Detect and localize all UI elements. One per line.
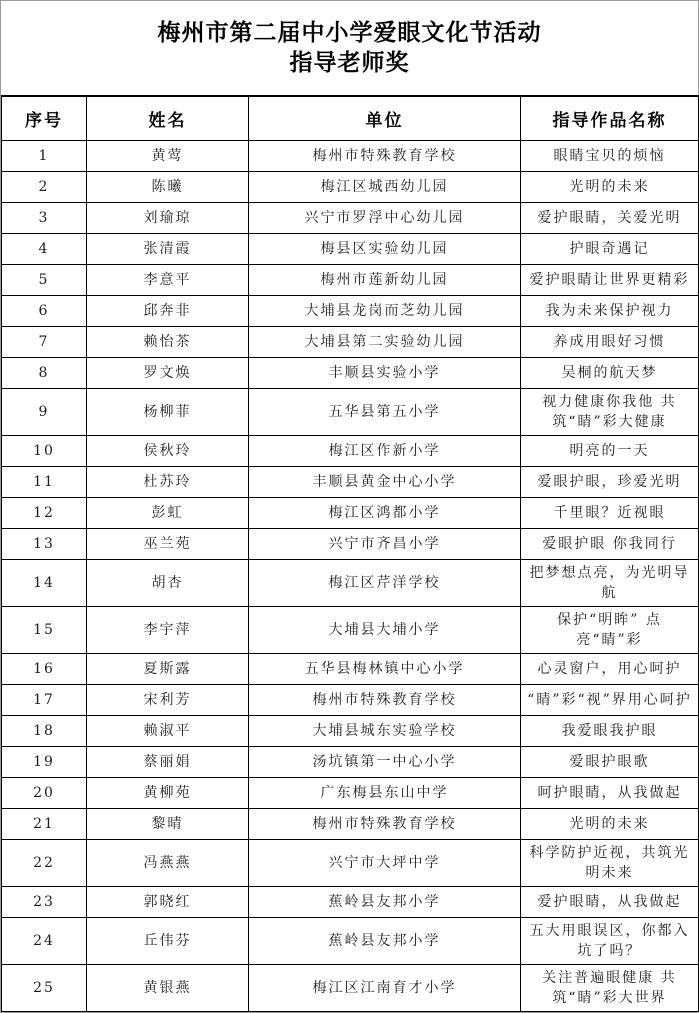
row-teacher-name: 胡杏 <box>87 559 249 606</box>
row-unit: 梅州市特殊教育学校 <box>249 684 521 715</box>
header-name: 姓名 <box>87 96 249 140</box>
row-serial-number: 18 <box>2 715 87 746</box>
row-work-title: 视力健康你我他 共筑“睛”彩大健康 <box>521 388 699 435</box>
table-row: 11 杜苏玲 丰顺县黄金中心小学 爱眼护眼，珍爱光明 <box>2 466 699 497</box>
row-unit: 广东梅县东山中学 <box>249 777 521 808</box>
table-row: 5 李意平 梅州市莲新幼儿园 爱护眼睛让世界更精彩 <box>2 264 699 295</box>
table-header-row: 序号 姓名 单位 指导作品名称 <box>2 96 699 140</box>
row-teacher-name: 邱奔非 <box>87 295 249 326</box>
row-work-title: “睛”彩“视”界用心呵护 <box>521 684 699 715</box>
title-line-1: 梅州市第二届中小学爱眼文化节活动 <box>1 17 698 47</box>
row-work-title: 护眼奇遇记 <box>521 233 699 264</box>
row-serial-number: 20 <box>2 777 87 808</box>
award-table: 序号 姓名 单位 指导作品名称 1 黄莺 梅州市特殊教育学校 眼睛宝贝的烦恼 2… <box>1 95 699 1012</box>
row-serial-number: 14 <box>2 559 87 606</box>
table-row: 10 侯秋玲 梅江区作新小学 明亮的一天 <box>2 435 699 466</box>
row-work-title: 眼睛宝贝的烦恼 <box>521 140 699 171</box>
row-unit: 汤坑镇第一中心小学 <box>249 746 521 777</box>
row-work-title: 科学防护近视，共筑光明未来 <box>521 839 699 886</box>
row-serial-number: 11 <box>2 466 87 497</box>
row-teacher-name: 张清霞 <box>87 233 249 264</box>
row-serial-number: 15 <box>2 606 87 653</box>
row-unit: 梅江区城西幼儿园 <box>249 171 521 202</box>
row-teacher-name: 李宇萍 <box>87 606 249 653</box>
row-teacher-name: 赖淑平 <box>87 715 249 746</box>
title-line-2: 指导老师奖 <box>1 47 698 77</box>
row-serial-number: 23 <box>2 886 87 917</box>
row-serial-number: 8 <box>2 357 87 388</box>
row-serial-number: 5 <box>2 264 87 295</box>
row-serial-number: 22 <box>2 839 87 886</box>
row-unit: 五华县第五小学 <box>249 388 521 435</box>
header-unit: 单位 <box>249 96 521 140</box>
row-work-title: 光明的未来 <box>521 171 699 202</box>
table-row: 12 彭虹 梅江区鸿都小学 千里眼？近视眼 <box>2 497 699 528</box>
table-row: 20 黄柳苑 广东梅县东山中学 呵护眼睛，从我做起 <box>2 777 699 808</box>
row-teacher-name: 杨柳菲 <box>87 388 249 435</box>
row-teacher-name: 郭晓红 <box>87 886 249 917</box>
row-teacher-name: 夏斯露 <box>87 653 249 684</box>
row-work-title: 爱眼护眼 你我同行 <box>521 528 699 559</box>
row-teacher-name: 赖怡茶 <box>87 326 249 357</box>
table-row: 22 冯燕燕 兴宁市大坪中学 科学防护近视，共筑光明未来 <box>2 839 699 886</box>
table-row: 23 郭晓红 蕉岭县友邦小学 爱护眼睛，从我做起 <box>2 886 699 917</box>
row-work-title: 爱护眼睛，关爱光明 <box>521 202 699 233</box>
row-teacher-name: 罗文焕 <box>87 357 249 388</box>
row-serial-number: 17 <box>2 684 87 715</box>
row-teacher-name: 黄莺 <box>87 140 249 171</box>
row-serial-number: 16 <box>2 653 87 684</box>
table-row: 17 宋利芳 梅州市特殊教育学校 “睛”彩“视”界用心呵护 <box>2 684 699 715</box>
row-serial-number: 21 <box>2 808 87 839</box>
row-work-title: 千里眼？近视眼 <box>521 497 699 528</box>
row-teacher-name: 杜苏玲 <box>87 466 249 497</box>
row-unit: 兴宁市罗浮中心幼儿园 <box>249 202 521 233</box>
row-unit: 兴宁市齐昌小学 <box>249 528 521 559</box>
row-serial-number: 1 <box>2 140 87 171</box>
row-work-title: 心灵窗户，用心呵护 <box>521 653 699 684</box>
row-teacher-name: 陈曦 <box>87 171 249 202</box>
table-row: 13 巫兰苑 兴宁市齐昌小学 爱眼护眼 你我同行 <box>2 528 699 559</box>
row-work-title: 我为未来保护视力 <box>521 295 699 326</box>
row-unit: 梅江区芹洋学校 <box>249 559 521 606</box>
header-serial-number: 序号 <box>2 96 87 140</box>
row-teacher-name: 彭虹 <box>87 497 249 528</box>
row-work-title: 吴桐的航天梦 <box>521 357 699 388</box>
row-work-title: 爱护眼睛让世界更精彩 <box>521 264 699 295</box>
row-serial-number: 12 <box>2 497 87 528</box>
table-row: 19 蔡丽娟 汤坑镇第一中心小学 爱眼护眼歌 <box>2 746 699 777</box>
row-unit: 梅县区实验幼儿园 <box>249 233 521 264</box>
table-row: 1 黄莺 梅州市特殊教育学校 眼睛宝贝的烦恼 <box>2 140 699 171</box>
row-serial-number: 9 <box>2 388 87 435</box>
row-serial-number: 3 <box>2 202 87 233</box>
row-work-title: 养成用眼好习惯 <box>521 326 699 357</box>
row-unit: 梅江区江南育才小学 <box>249 964 521 1011</box>
row-work-title: 五大用眼误区，你都入坑了吗？ <box>521 917 699 964</box>
table-row: 16 夏斯露 五华县梅林镇中心小学 心灵窗户，用心呵护 <box>2 653 699 684</box>
row-unit: 丰顺县黄金中心小学 <box>249 466 521 497</box>
row-teacher-name: 黎晴 <box>87 808 249 839</box>
row-serial-number: 2 <box>2 171 87 202</box>
row-teacher-name: 宋利芳 <box>87 684 249 715</box>
document-title: 梅州市第二届中小学爱眼文化节活动 指导老师奖 <box>1 1 698 95</box>
row-serial-number: 10 <box>2 435 87 466</box>
row-unit: 梅江区鸿都小学 <box>249 497 521 528</box>
row-teacher-name: 李意平 <box>87 264 249 295</box>
row-unit: 大埔县第二实验幼儿园 <box>249 326 521 357</box>
document-sheet: 梅州市第二届中小学爱眼文化节活动 指导老师奖 序号 姓名 单位 指导作品名称 1… <box>0 0 699 1013</box>
row-teacher-name: 黄柳苑 <box>87 777 249 808</box>
row-unit: 大埔县大埔小学 <box>249 606 521 653</box>
row-serial-number: 6 <box>2 295 87 326</box>
row-unit: 五华县梅林镇中心小学 <box>249 653 521 684</box>
row-teacher-name: 黄银燕 <box>87 964 249 1011</box>
row-unit: 丰顺县实验小学 <box>249 357 521 388</box>
row-work-title: 爱眼护眼，珍爱光明 <box>521 466 699 497</box>
row-work-title: 明亮的一天 <box>521 435 699 466</box>
row-unit: 大埔县城东实验学校 <box>249 715 521 746</box>
table-row: 3 刘瑜琼 兴宁市罗浮中心幼儿园 爱护眼睛，关爱光明 <box>2 202 699 233</box>
table-row: 8 罗文焕 丰顺县实验小学 吴桐的航天梦 <box>2 357 699 388</box>
table-row: 21 黎晴 梅州市特殊教育学校 光明的未来 <box>2 808 699 839</box>
row-serial-number: 19 <box>2 746 87 777</box>
row-work-title: 爱眼护眼歌 <box>521 746 699 777</box>
table-row: 18 赖淑平 大埔县城东实验学校 我爱眼我护眼 <box>2 715 699 746</box>
row-serial-number: 25 <box>2 964 87 1011</box>
row-serial-number: 4 <box>2 233 87 264</box>
row-serial-number: 13 <box>2 528 87 559</box>
row-unit: 蕉岭县友邦小学 <box>249 917 521 964</box>
table-row: 7 赖怡茶 大埔县第二实验幼儿园 养成用眼好习惯 <box>2 326 699 357</box>
row-unit: 梅州市特殊教育学校 <box>249 140 521 171</box>
row-teacher-name: 丘伟芬 <box>87 917 249 964</box>
row-unit: 大埔县龙岗而芝幼儿园 <box>249 295 521 326</box>
row-teacher-name: 蔡丽娟 <box>87 746 249 777</box>
row-work-title: 关注普遍眼健康 共筑“睛”彩大世界 <box>521 964 699 1011</box>
row-work-title: 爱护眼睛，从我做起 <box>521 886 699 917</box>
row-work-title: 保护“明眸” 点亮“睛”彩 <box>521 606 699 653</box>
row-serial-number: 24 <box>2 917 87 964</box>
row-unit: 梅州市莲新幼儿园 <box>249 264 521 295</box>
table-row: 14 胡杏 梅江区芹洋学校 把梦想点亮，为光明导航 <box>2 559 699 606</box>
row-teacher-name: 侯秋玲 <box>87 435 249 466</box>
row-serial-number: 7 <box>2 326 87 357</box>
row-unit: 梅江区作新小学 <box>249 435 521 466</box>
table-row: 25 黄银燕 梅江区江南育才小学 关注普遍眼健康 共筑“睛”彩大世界 <box>2 964 699 1011</box>
table-row: 2 陈曦 梅江区城西幼儿园 光明的未来 <box>2 171 699 202</box>
header-work-title: 指导作品名称 <box>521 96 699 140</box>
row-unit: 梅州市特殊教育学校 <box>249 808 521 839</box>
table-row: 6 邱奔非 大埔县龙岗而芝幼儿园 我为未来保护视力 <box>2 295 699 326</box>
row-unit: 蕉岭县友邦小学 <box>249 886 521 917</box>
row-teacher-name: 刘瑜琼 <box>87 202 249 233</box>
table-row: 4 张清霞 梅县区实验幼儿园 护眼奇遇记 <box>2 233 699 264</box>
row-work-title: 呵护眼睛，从我做起 <box>521 777 699 808</box>
row-work-title: 我爱眼我护眼 <box>521 715 699 746</box>
row-teacher-name: 冯燕燕 <box>87 839 249 886</box>
row-work-title: 把梦想点亮，为光明导航 <box>521 559 699 606</box>
table-row: 15 李宇萍 大埔县大埔小学 保护“明眸” 点亮“睛”彩 <box>2 606 699 653</box>
table-row: 9 杨柳菲 五华县第五小学 视力健康你我他 共筑“睛”彩大健康 <box>2 388 699 435</box>
row-work-title: 光明的未来 <box>521 808 699 839</box>
row-unit: 兴宁市大坪中学 <box>249 839 521 886</box>
table-row: 24 丘伟芬 蕉岭县友邦小学 五大用眼误区，你都入坑了吗？ <box>2 917 699 964</box>
row-teacher-name: 巫兰苑 <box>87 528 249 559</box>
